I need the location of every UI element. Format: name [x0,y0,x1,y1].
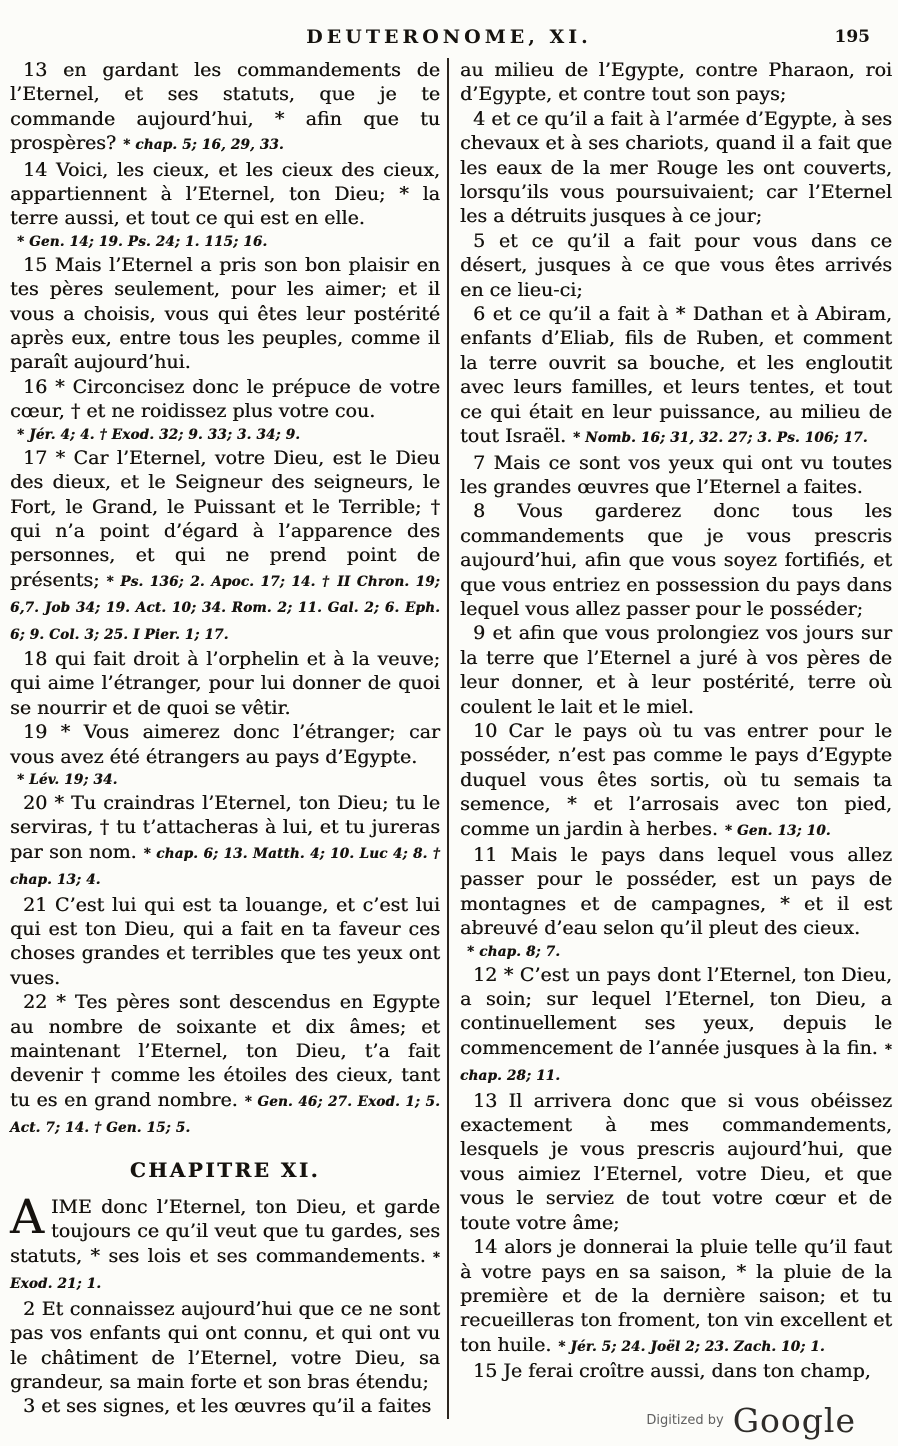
text-columns: 13 en gardant les commandements de l’Ete… [0,52,898,1419]
page-header: DEUTERONOME, XI. 195 [0,0,898,52]
cross-reference: * Gen. 13; 10. [725,823,831,839]
verse-paragraph: 13 en gardant les commandements de l’Ete… [10,58,440,158]
verse-paragraph: 15 Je ferai croître aussi, dans ton cham… [460,1359,892,1383]
cross-reference: * Jér. 5; 24. Joël 2; 23. Zach. 10; 1. [558,1339,825,1355]
scanned-bible-page: DEUTERONOME, XI. 195 13 en gardant les c… [0,0,898,1446]
page-number: 195 [835,27,871,47]
verse-paragraph: 5 et ce qu’il a fait pour vous dans ce d… [460,229,892,302]
cross-reference: * Jér. 4; 4. † Exod. 32; 9. 33; 3. 34; 9… [17,424,440,446]
verse-paragraph: 4 et ce qu’il a fait à l’armée d’Egypte,… [460,107,892,229]
verse-paragraph: 11 Mais le pays dans lequel vous allez p… [460,843,892,963]
verse-paragraph: 13 Il arrivera donc que si vous obéissez… [460,1089,892,1235]
verse-paragraph: 10 Car le pays où tu vas entrer pour le … [460,719,892,843]
left-column: 13 en gardant les commandements de l’Ete… [10,58,447,1419]
verse-paragraph: 22 * Tes pères sont descendus en Egypte … [10,990,440,1140]
google-watermark: Digitized by Google [646,1401,856,1440]
cross-reference: * Nomb. 16; 31, 32. 27; 3. Ps. 106; 17. [573,430,868,446]
verse-paragraph: 3 et ses signes, et les œuvres qu’il a f… [10,1394,440,1418]
drop-cap-initial: A [10,1195,51,1238]
verse-paragraph: 16 * Circoncisez donc le prépuce de votr… [10,375,440,446]
verse-paragraph: 14 Voici, les cieux, et les cieux des ci… [10,158,440,253]
digitized-by-label: Digitized by [646,1413,723,1428]
verse-paragraph: 19 * Vous aimerez donc l’étranger; car v… [10,720,440,791]
verse-paragraph: 18 qui fait droit à l’orphelin et à la v… [10,647,440,720]
verse-paragraph: 14 alors je donnerai la pluie telle qu’i… [460,1235,892,1359]
verse-paragraph: 17 * Car l’Eternel, votre Dieu, est le D… [10,446,440,647]
verse-paragraph: 15 Mais l’Eternel a pris son bon plaisir… [10,253,440,375]
verse-paragraph: 12 * C’est un pays dont l’Eternel, ton D… [460,963,892,1089]
cross-reference: * Gen. 14; 19. Ps. 24; 1. 115; 16. [17,231,440,253]
verse-paragraph: 6 et ce qu’il a fait à * Dathan et à Abi… [460,302,892,450]
verse-paragraph: 7 Mais ce sont vos yeux qui ont vu toute… [460,451,892,500]
verse-paragraph: 2 Et connaissez aujourd’hui que ce ne so… [10,1297,440,1395]
verse-continuation-paragraph: au milieu de l’Egypte, contre Pharaon, r… [460,58,892,107]
running-title: DEUTERONOME, XI. [0,26,898,48]
cross-reference: * Lév. 19; 34. [17,769,440,791]
cross-reference: * chap. 5; 16, 29, 33. [123,137,284,153]
verse-paragraph: 9 et afin que vous prolongiez vos jours … [460,621,892,719]
chapter-heading: CHAPITRE XI. [10,1158,440,1182]
google-logo: Google [733,1401,856,1440]
verse-paragraph: 8 Vous garderez donc tous les commandeme… [460,499,892,621]
verse-paragraph: 21 C’est lui qui est ta louange, et c’es… [10,893,440,991]
cross-reference: * chap. 8; 7. [467,941,892,963]
right-column: au milieu de l’Egypte, contre Pharaon, r… [447,58,892,1419]
verse-paragraph: AIME donc l’Eternel, ton Dieu, et garde … [10,1195,440,1297]
verse-paragraph: 20 * Tu craindras l’Eternel, ton Dieu; t… [10,791,440,893]
